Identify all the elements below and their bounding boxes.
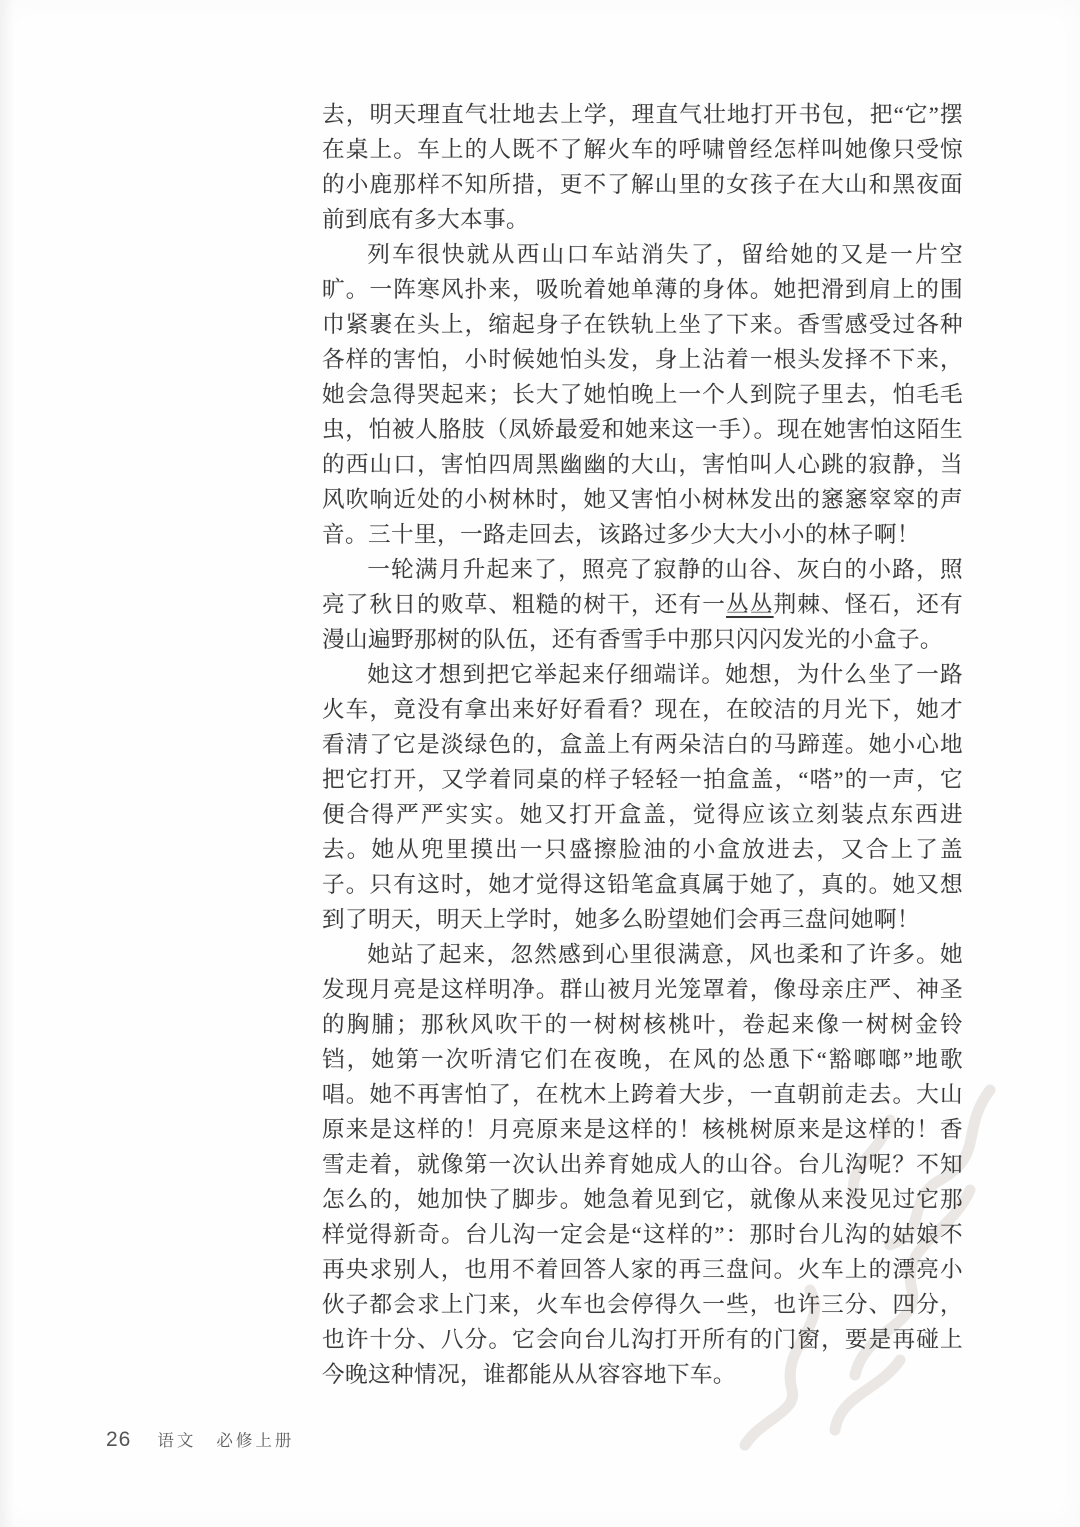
footer-volume: 必修上册	[216, 1427, 294, 1451]
page-number: 26	[106, 1428, 131, 1452]
underlined-term: 丛丛	[726, 592, 774, 617]
footer-subject: 语文	[157, 1427, 196, 1451]
paragraph: 一轮满月升起来了，照亮了寂静的山谷、灰白的小路，照亮了秋日的败草、粗糙的树干，还…	[322, 552, 963, 657]
article-text: 去，明天理直气壮地去上学，理直气壮地打开书包，把“它”摆在桌上。车上的人既不了解…	[322, 97, 963, 1392]
paragraph: 她这才想到把它举起来仔细端详。她想，为什么坐了一路火车，竟没有拿出来好好看看？现…	[322, 657, 963, 937]
page-footer: 26 语文 必修上册	[106, 1427, 294, 1452]
textbook-page: 去，明天理直气壮地去上学，理直气壮地打开书包，把“它”摆在桌上。车上的人既不了解…	[0, 0, 1080, 1527]
paragraph: 列车很快就从西山口车站消失了，留给她的又是一片空旷。一阵寒风扑来，吸吮着她单薄的…	[322, 237, 963, 552]
paragraph: 去，明天理直气壮地去上学，理直气壮地打开书包，把“它”摆在桌上。车上的人既不了解…	[322, 97, 963, 237]
paragraph: 她站了起来，忽然感到心里很满意，风也柔和了许多。她发现月亮是这样明净。群山被月光…	[322, 937, 963, 1392]
